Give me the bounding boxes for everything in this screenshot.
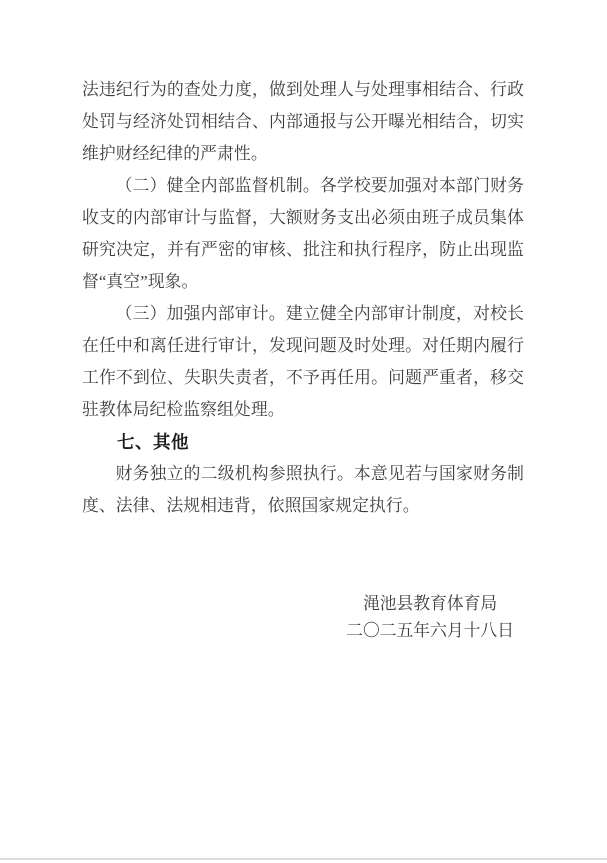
- body-paragraph-internal-supervision: （二）健全内部监督机制。各学校要加强对本部门财务收支的内部审计与监督，大额财务支…: [82, 170, 524, 298]
- body-paragraph-continuation: 法违纪行为的查处力度，做到处理人与处理事相结合、行政处罚与经济处罚相结合、内部通…: [82, 74, 524, 170]
- signature-date: 二〇二五年六月十八日: [346, 617, 514, 644]
- body-paragraph-internal-audit: （三）加强内部审计。建立健全内部审计制度，对校长在任中和离任进行审计，发现问题及…: [82, 298, 524, 426]
- body-paragraph-other-provisions: 财务独立的二级机构参照执行。本意见若与国家财务制度、法律、法规相违背，依照国家规…: [82, 458, 524, 522]
- document-content: 法违纪行为的查处力度，做到处理人与处理事相结合、行政处罚与经济处罚相结合、内部通…: [82, 74, 524, 644]
- signature-block: 渑池县教育体育局 二〇二五年六月十八日: [82, 590, 514, 644]
- signature-inner: 渑池县教育体育局 二〇二五年六月十八日: [346, 590, 514, 644]
- section-heading-other: 七、其他: [82, 426, 524, 458]
- document-page: 法违纪行为的查处力度，做到处理人与处理事相结合、行政处罚与经济处罚相结合、内部通…: [0, 0, 607, 863]
- page-bottom-edge: [0, 858, 607, 860]
- signature-organization: 渑池县教育体育局: [346, 590, 514, 617]
